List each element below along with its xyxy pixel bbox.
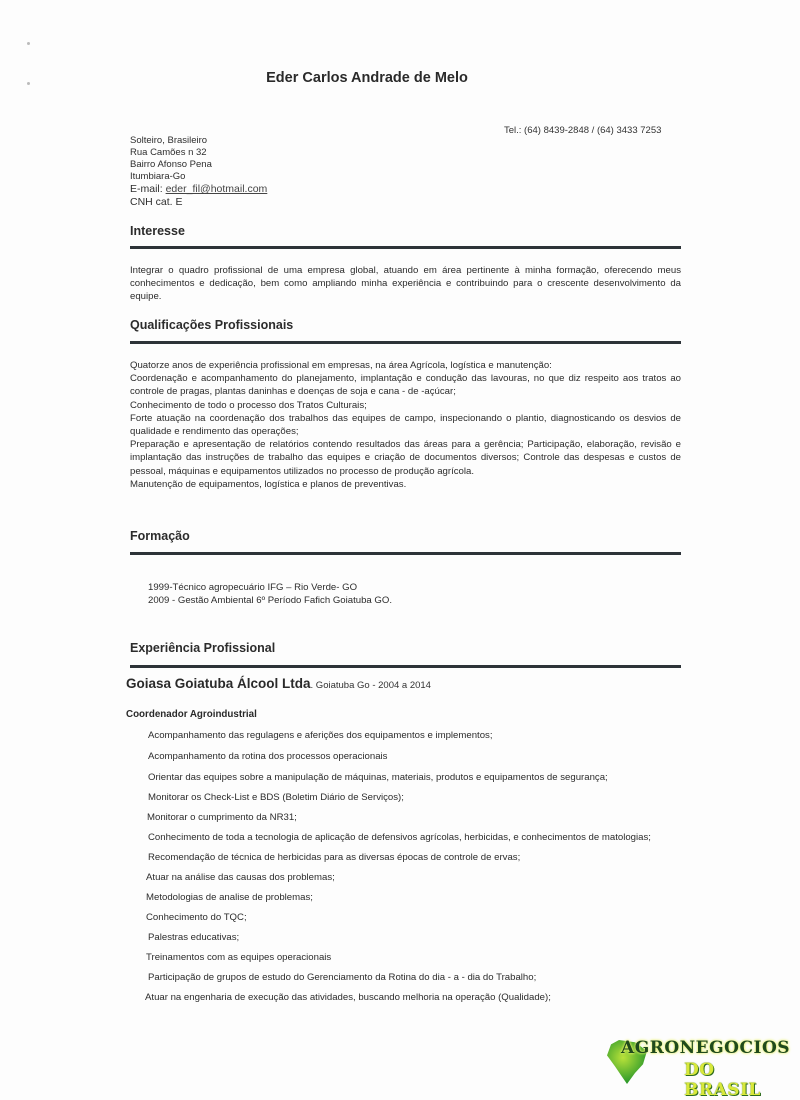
neighborhood: Bairro Afonso Pena — [130, 159, 267, 171]
duty-item: Conhecimento do TQC; — [146, 912, 247, 923]
agronegocios-logo: AGRONEGOCIOS DO BRASIL — [607, 1038, 792, 1084]
company-details: . Goiatuba Go - 2004 a 2014 — [311, 680, 431, 691]
duty-item: Metodologias de analise de problemas; — [146, 892, 313, 903]
contact-block: Solteiro, Brasileiro Rua Camões n 32 Bai… — [130, 135, 267, 209]
qualificacao-item: Forte atuação na coordenação dos trabalh… — [130, 412, 681, 438]
duty-item: Monitorar os Check-List e BDS (Boletim D… — [148, 792, 404, 803]
logo-line-2: DO BRASIL — [684, 1060, 792, 1100]
company-name: Goiasa Goiatuba Álcool Ltda — [126, 676, 311, 691]
interesse-text: Integrar o quadro profissional de uma em… — [130, 264, 681, 304]
email-label: E-mail: — [130, 183, 166, 195]
section-title-formacao: Formação — [130, 529, 190, 543]
formacao-item: 1999-Técnico agropecuário IFG – Rio Verd… — [148, 581, 357, 594]
interesse-paragraph: Integrar o quadro profissional de uma em… — [130, 264, 681, 304]
section-divider — [130, 246, 681, 249]
duty-item: Palestras educativas; — [148, 932, 239, 943]
logo-line-1: AGRONEGOCIOS — [621, 1038, 790, 1058]
phone-numbers: Tel.: (64) 8439-2848 / (64) 3433 7253 — [504, 125, 661, 136]
qualificacao-item: Preparação e apresentação de relatórios … — [130, 438, 681, 478]
city: Itumbiara-Go — [130, 171, 267, 183]
duty-item: Atuar na engenharia de execução das ativ… — [145, 992, 551, 1003]
marital-nationality: Solteiro, Brasileiro — [130, 135, 267, 147]
duty-item: Recomendação de técnica de herbicidas pa… — [148, 852, 520, 863]
company-line: Goiasa Goiatuba Álcool Ltda. Goiatuba Go… — [126, 676, 431, 691]
candidate-name: Eder Carlos Andrade de Melo — [0, 70, 734, 86]
duty-item: Conhecimento de toda a tecnologia de apl… — [148, 832, 651, 843]
duty-item: Orientar das equipes sobre a manipulação… — [148, 772, 608, 783]
section-divider — [130, 665, 681, 668]
section-title-experiencia: Experiência Profissional — [130, 641, 275, 655]
duty-item: Atuar na análise das causas dos problema… — [146, 872, 335, 883]
email-link[interactable]: eder_fil@hotmail.com — [166, 183, 268, 195]
qualificacao-item: Quatorze anos de experiência profissiona… — [130, 359, 681, 372]
driver-license: CNH cat. E — [130, 196, 267, 209]
qualificacao-item: Coordenação e acompanhamento do planejam… — [130, 372, 681, 398]
email-line: E-mail: eder_fil@hotmail.com — [130, 183, 267, 196]
job-role: Coordenador Agroindustrial — [126, 709, 257, 720]
duty-item: Acompanhamento da rotina dos processos o… — [148, 751, 387, 762]
formacao-item: 2009 - Gestão Ambiental 6º Período Fafic… — [148, 594, 392, 607]
duty-item: Participação de grupos de estudo do Gere… — [148, 972, 536, 983]
duty-item: Monitorar o cumprimento da NR31; — [147, 812, 297, 823]
section-divider — [130, 552, 681, 555]
section-title-interesse: Interesse — [130, 224, 185, 238]
scan-speck — [27, 42, 30, 45]
qualificacao-item: Conhecimento de todo o processo dos Trat… — [130, 399, 681, 412]
section-title-qualificacoes: Qualificações Profissionais — [130, 318, 293, 332]
street-address: Rua Camões n 32 — [130, 147, 267, 159]
qualificacoes-text: Quatorze anos de experiência profissiona… — [130, 359, 681, 491]
qualificacao-item: Manutenção de equipamentos, logística e … — [130, 478, 681, 491]
duty-item: Treinamentos com as equipes operacionais — [146, 952, 331, 963]
section-divider — [130, 341, 681, 344]
duty-item: Acompanhamento das regulagens e aferiçõe… — [148, 730, 493, 741]
